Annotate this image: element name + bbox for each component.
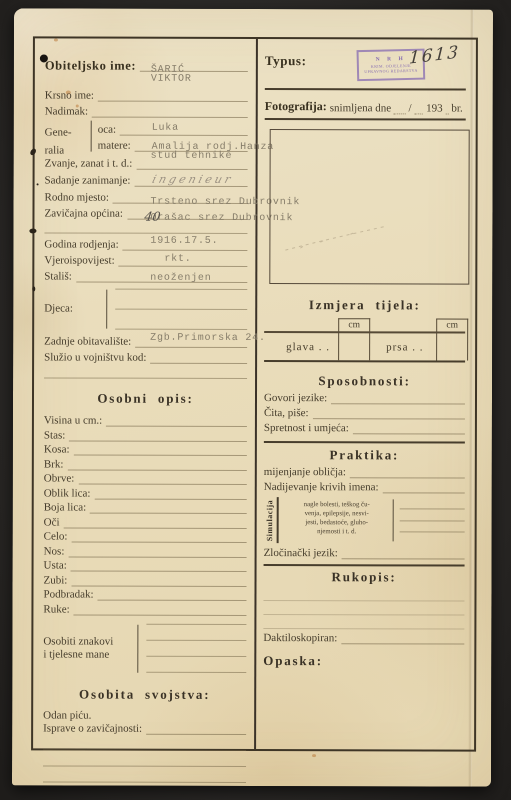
handwritten-typus-number: 1613	[408, 42, 460, 68]
simulacija-block: Simulacija nagle bolesti, teškog ču- ven…	[264, 497, 465, 544]
field-line	[350, 463, 465, 478]
field-cita-pise: Čita, piše:	[264, 404, 465, 420]
field-line	[342, 542, 465, 559]
vjeroispovijest-value: rkt.	[164, 255, 191, 265]
field-line	[115, 289, 247, 290]
fotografija-label: Fotografija:	[265, 99, 327, 114]
simulacija-text-line: jesti, bedastoće, gluho-	[305, 519, 368, 526]
field-obiteljsko-ime: Obiteljsko ime: ŠARIĆ	[45, 53, 248, 72]
field-line	[71, 571, 246, 587]
field-isprave: Isprave o zavičajnosti:	[43, 720, 246, 735]
opis-field-label: Oblik lica:	[44, 488, 95, 499]
opis-field-label: Ruke:	[43, 604, 73, 615]
section-rule	[264, 441, 465, 444]
field-vjeroispovijest: Vjeroispovijest: rkt.	[44, 250, 247, 267]
typus-label: Typus:	[265, 53, 311, 68]
rukopis-heading: Rukopis:	[264, 570, 465, 587]
field-line	[400, 508, 465, 509]
field-krsno-ime: Krsno ime:	[45, 84, 248, 102]
djeca-block: Djeca:	[44, 288, 247, 330]
field-spretnost: Spretnost i umjeća:	[264, 419, 465, 435]
field-nadijevanje-imena: Nadijevanje krivih imena:	[264, 478, 465, 494]
spretnost-label: Spretnost i umjeća:	[264, 423, 353, 434]
zvanje-value: stud tehnike	[151, 152, 233, 162]
opis-field-label: Stas:	[44, 430, 69, 441]
empty-rule-line	[263, 586, 464, 602]
field-line	[106, 409, 247, 427]
daktiloskopiran-label: Daktiloskopiran:	[263, 633, 341, 644]
opis-field-label: Obrve:	[44, 473, 79, 484]
opis-field-row: Visina u cm.:	[44, 409, 247, 427]
simulacija-text-line: nagle bolesti, teškog ču-	[304, 501, 370, 508]
field-line	[68, 542, 246, 558]
opis-field-row: Zubi:	[44, 571, 247, 586]
field-line	[146, 672, 246, 673]
field-line	[150, 347, 247, 364]
photo-box-empty	[269, 129, 469, 285]
cm-label: cm	[339, 319, 369, 332]
znakovi-label-1: Osobiti znakovi	[43, 635, 137, 648]
field-zvanje: Zvanje, zanat i t. d.: stud tehnike	[45, 152, 248, 170]
field-line	[146, 719, 246, 734]
prsa-label: prsa . .	[386, 341, 423, 353]
stamp-line-3: UPRAVNOG REDARSTVA	[359, 68, 423, 75]
znakovi-lines	[138, 623, 246, 673]
field-line	[98, 585, 247, 601]
opis-field-label: Nos:	[44, 546, 69, 557]
field-line	[69, 426, 247, 442]
field-line	[400, 532, 465, 533]
empty-rule-line	[43, 766, 246, 783]
opis-field-row: Ruke:	[43, 600, 246, 615]
field-rodno-mjesto: Rodno mjesto: Trsteno srez Dubrovnik	[45, 186, 248, 204]
field-line	[94, 484, 246, 500]
field-line	[313, 403, 465, 419]
simulacija-label: Simulacija	[265, 497, 274, 545]
opis-field-label: Oči	[44, 517, 64, 528]
simulacija-text-line: njemosti i t. d.	[317, 528, 356, 535]
generalia-block: Gene- ralia oca: Luka matere: Amalija ro…	[45, 119, 248, 153]
nadijevanje-imena-label: Nadijevanje krivih imena:	[264, 482, 383, 493]
cm-label: cm	[437, 319, 467, 332]
field-line	[331, 389, 465, 404]
osobiti-znakovi-block: Osobiti znakovi i tjelesne mane	[43, 623, 246, 674]
sadanje-zanimanje-handwritten-value: ingenieur	[151, 174, 235, 185]
zadnje-obitavaliste-value: Zgb.Primorska 24.	[150, 334, 266, 344]
fotografija-year: 193	[423, 102, 446, 114]
empty-rule-line	[44, 363, 247, 379]
djeca-label: Djeca:	[44, 302, 73, 315]
field-line	[115, 309, 247, 310]
praktika-heading: Praktika:	[264, 448, 465, 465]
opis-field-label: Usta:	[44, 560, 71, 571]
empty-rule-line	[263, 601, 464, 616]
field-line	[146, 656, 246, 657]
fotografija-separator: /	[405, 102, 414, 114]
field-line	[341, 628, 464, 644]
simulacija-lines	[394, 497, 465, 543]
oca-value: Luka	[152, 124, 179, 134]
field-line	[120, 119, 248, 136]
opaska-heading: Opaska:	[263, 653, 323, 668]
djeca-lines	[107, 289, 247, 330]
field-zadnje-obitavaliste: Zadnje obitavalište: Zgb.Primorska 24.	[44, 329, 247, 348]
field-zavicajna-opcina: Zavičajna općina: Orašac srez Dubrovnik …	[44, 203, 247, 220]
opis-field-row: Obrve:	[44, 470, 247, 485]
left-column: Obiteljsko ime: ŠARIĆ VIKTOR Krsno ime: …	[33, 38, 256, 749]
right-column: Typus: N R H KRIM. ODJELENJE UPRAVNOG RE…	[256, 39, 476, 750]
field-daktiloskopiran: Daktiloskopiran:	[263, 629, 464, 645]
sposobnosti-heading: Sposobnosti:	[264, 374, 465, 391]
stalis-value: neoženjen	[150, 274, 211, 284]
nadimak-label: Nadimak:	[45, 106, 92, 117]
osobni-opis-heading: Osobni opis:	[44, 391, 247, 410]
znakovi-label-2: i tjelesne mane	[43, 648, 137, 661]
field-nadimak: Nadimak:	[45, 101, 248, 118]
generalia-label-1: Gene-	[45, 126, 72, 138]
section-rule	[264, 564, 465, 567]
zavicajna-handwritten-annotation: 40	[144, 210, 162, 223]
field-sadanje-zanimanje: Sadanje zanimanje: ingenieur	[45, 169, 248, 187]
field-line	[400, 520, 465, 521]
opis-field-label: Celo:	[44, 531, 72, 542]
matere-label: matere:	[92, 141, 135, 152]
field-line	[71, 527, 246, 543]
fotografija-text: snimljena dne	[327, 102, 394, 114]
paper-stain	[312, 754, 316, 757]
opaska-row: Opaska:	[263, 652, 464, 671]
form-border: Obiteljsko ime: ŠARIĆ VIKTOR Krsno ime: …	[31, 36, 478, 751]
cm-box-glava: cm	[338, 318, 370, 360]
field-line	[78, 469, 246, 485]
krsno-ime-label: Krsno ime:	[45, 90, 98, 101]
fotografija-row: Fotografija: snimljena dne / 193 br.	[265, 90, 466, 115]
odan-picu-row: Odan piću.	[43, 705, 246, 721]
typus-row: Typus: N R H KRIM. ODJELENJE UPRAVNOG RE…	[265, 52, 466, 87]
cita-pise-label: Čita, piše:	[264, 408, 313, 419]
zlocinacki-jezik-label: Zločinački jezik:	[264, 548, 342, 559]
oca-label: oca:	[92, 125, 120, 136]
godina-rodjenja-label: Godina rodjenja:	[44, 239, 122, 250]
field-line	[92, 101, 248, 118]
field-line	[90, 498, 247, 514]
field-matere: matere: Amalija rodj.Hanza	[92, 136, 248, 152]
opis-field-row: Brk:	[44, 455, 247, 470]
simulacija-vertical-label-wrap: Simulacija	[264, 497, 279, 543]
simulacija-text-line: venja, epilepsije, nesvi-	[305, 510, 369, 517]
zvanje-label: Zvanje, zanat i t. d.:	[45, 158, 137, 169]
field-line	[74, 440, 247, 456]
opis-field-label: Zubi:	[44, 575, 72, 586]
isprave-label: Isprave o zavičajnosti:	[43, 723, 146, 734]
zadnje-obitavaliste-label: Zadnje obitavalište:	[44, 336, 135, 347]
zavicajna-opcina-label: Zavičajna općina:	[44, 208, 127, 219]
obiteljsko-ime-label: Obiteljsko ime:	[45, 59, 140, 72]
field-line	[383, 477, 465, 493]
field-line	[394, 101, 405, 114]
mijenjanje-oblicja-label: mijenjanje obličja:	[264, 467, 350, 478]
field-line	[353, 418, 465, 434]
empty-rule-line	[43, 750, 246, 767]
field-line	[146, 640, 246, 641]
body-measurement-table: cm cm glava . . prsa . .	[264, 318, 465, 363]
field-line	[67, 455, 246, 471]
field-line	[98, 84, 248, 102]
scanned-document-photo: { "stamp_color": "#7d62b0", "left": { "f…	[0, 0, 511, 800]
fotografija-br: br.	[448, 103, 465, 115]
section-rule	[265, 118, 466, 121]
field-stalis: Stališ: neoženjen	[44, 266, 247, 283]
osobita-svojstva-heading: Osobita svojstva:	[43, 687, 246, 704]
field-line	[71, 556, 247, 572]
opis-field-row: Oblik lica:	[44, 484, 247, 499]
field-oca: oca: Luka	[92, 120, 248, 136]
field-zlocinacki-jezik: Zločinački jezik:	[264, 543, 465, 560]
field-line	[415, 101, 424, 114]
simulacija-description: nagle bolesti, teškog ču- venja, epileps…	[279, 497, 393, 543]
field-vojnistvo: Služio u vojništvu kod:	[44, 347, 247, 364]
paper-card: Obiteljsko ime: ŠARIĆ VIKTOR Krsno ime: …	[12, 8, 493, 786]
field-godina-rodjenja: Godina rodjenja: 1916.17.5.	[44, 233, 247, 251]
empty-rule-line	[43, 734, 246, 751]
faint-pencil-scribble	[280, 208, 430, 258]
cm-box-prsa: cm	[436, 318, 468, 360]
opis-field-label: Brk:	[44, 459, 68, 470]
vojnistvo-label: Služio u vojništvu kod:	[44, 352, 150, 363]
godina-rodjenja-value: 1916.17.5.	[150, 237, 218, 247]
glava-label: glava . .	[286, 341, 330, 353]
field-line	[146, 623, 246, 624]
rodno-mjesto-label: Rodno mjesto:	[45, 192, 114, 203]
stalis-label: Stališ:	[44, 271, 76, 282]
field-mijenjanje-oblicja: mijenjanje obličja:	[264, 464, 465, 479]
izmjera-tijela-heading: Izmjera tijela:	[264, 298, 465, 315]
field-line	[74, 600, 247, 616]
